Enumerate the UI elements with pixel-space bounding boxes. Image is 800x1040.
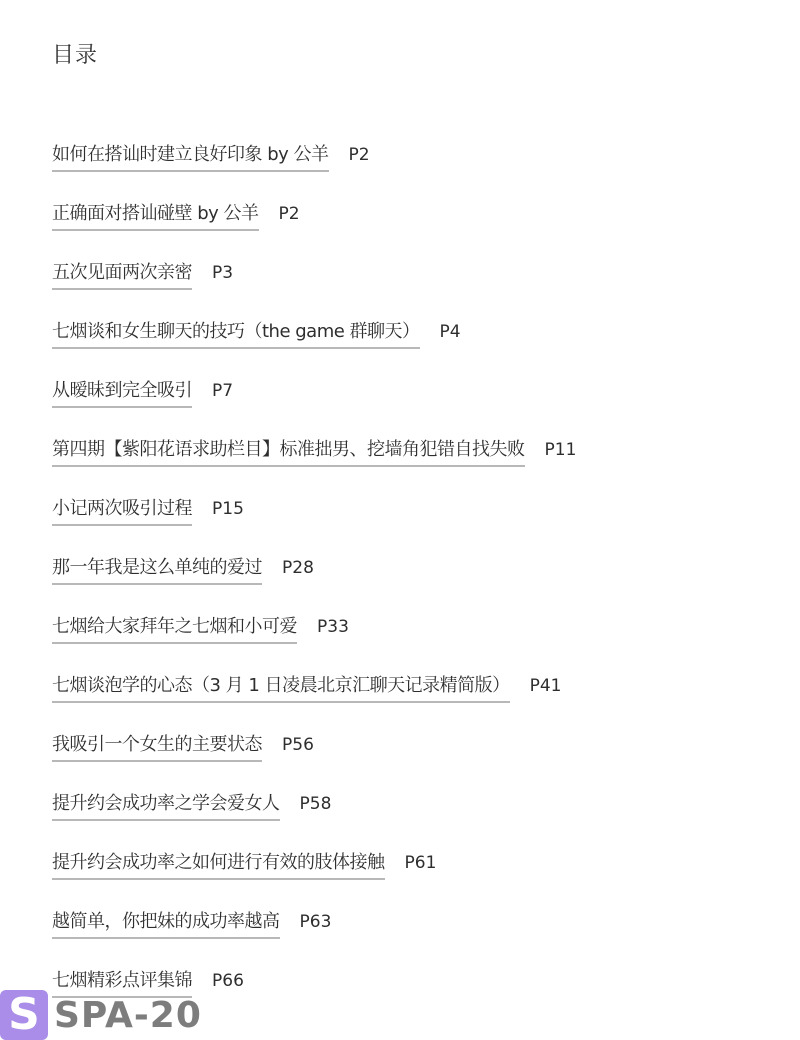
toc-link[interactable]: 越简单，你把妹的成功率越高	[52, 907, 280, 939]
toc-link[interactable]: 如何在搭讪时建立良好印象 by 公羊	[52, 140, 329, 172]
toc-page-number: P4	[440, 317, 461, 347]
toc-entry: 那一年我是这么单纯的爱过 P28	[52, 553, 576, 612]
toc-entry: 我吸引一个女生的主要状态 P56	[52, 730, 576, 789]
toc-entry: 提升约会成功率之学会爱女人 P58	[52, 789, 576, 848]
toc-page-number: P2	[349, 140, 370, 170]
toc-entry: 正确面对搭讪碰壁 by 公羊 P2	[52, 199, 576, 258]
toc-link[interactable]: 五次见面两次亲密	[52, 258, 192, 290]
toc-link[interactable]: 那一年我是这么单纯的爱过	[52, 553, 262, 585]
toc-entry: 第四期【紫阳花语求助栏目】标准拙男、挖墙角犯错自找失败 P11	[52, 435, 576, 494]
toc-page-number: P15	[212, 494, 244, 524]
watermark-logo-icon: S	[0, 990, 48, 1040]
toc-page-number: P3	[212, 258, 233, 288]
toc-link[interactable]: 七烟谈泡学的心态（3 月 1 日凌晨北京汇聊天记录精简版）	[52, 671, 510, 703]
toc-entry: 提升约会成功率之如何进行有效的肢体接触 P61	[52, 848, 576, 907]
toc-page-number: P41	[530, 671, 562, 701]
toc-entry: 七烟谈和女生聊天的技巧（the game 群聊天） P4	[52, 317, 576, 376]
toc-page-number: P28	[282, 553, 314, 583]
toc-page-number: P61	[405, 848, 437, 878]
toc-page-number: P66	[212, 966, 244, 996]
toc-entry: 越简单，你把妹的成功率越高 P63	[52, 907, 576, 966]
toc-entry: 从暧昧到完全吸引 P7	[52, 376, 576, 435]
toc-link[interactable]: 我吸引一个女生的主要状态	[52, 730, 262, 762]
toc-entry: 七烟谈泡学的心态（3 月 1 日凌晨北京汇聊天记录精简版） P41	[52, 671, 576, 730]
toc-page-number: P63	[300, 907, 332, 937]
toc-link[interactable]: 七烟给大家拜年之七烟和小可爱	[52, 612, 297, 644]
toc-entry: 小记两次吸引过程 P15	[52, 494, 576, 553]
table-of-contents: 如何在搭讪时建立良好印象 by 公羊 P2 正确面对搭讪碰壁 by 公羊 P2 …	[52, 140, 576, 1025]
toc-link[interactable]: 小记两次吸引过程	[52, 494, 192, 526]
toc-link[interactable]: 第四期【紫阳花语求助栏目】标准拙男、挖墙角犯错自找失败	[52, 435, 525, 467]
toc-link[interactable]: 提升约会成功率之如何进行有效的肢体接触	[52, 848, 385, 880]
toc-page-number: P33	[317, 612, 349, 642]
toc-link[interactable]: 七烟谈和女生聊天的技巧（the game 群聊天）	[52, 317, 420, 349]
toc-entry: 如何在搭讪时建立良好印象 by 公羊 P2	[52, 140, 576, 199]
toc-entry: 五次见面两次亲密 P3	[52, 258, 576, 317]
watermark: S SPA-20	[0, 990, 202, 1040]
toc-entry: 七烟给大家拜年之七烟和小可爱 P33	[52, 612, 576, 671]
page-title: 目录	[52, 38, 98, 69]
toc-page-number: P7	[212, 376, 233, 406]
toc-page-number: P56	[282, 730, 314, 760]
toc-page-number: P11	[545, 435, 577, 465]
toc-link[interactable]: 从暧昧到完全吸引	[52, 376, 192, 408]
watermark-text: SPA-20	[54, 995, 202, 1036]
toc-page-number: P2	[279, 199, 300, 229]
toc-link[interactable]: 正确面对搭讪碰壁 by 公羊	[52, 199, 259, 231]
toc-link[interactable]: 提升约会成功率之学会爱女人	[52, 789, 280, 821]
toc-page-number: P58	[300, 789, 332, 819]
